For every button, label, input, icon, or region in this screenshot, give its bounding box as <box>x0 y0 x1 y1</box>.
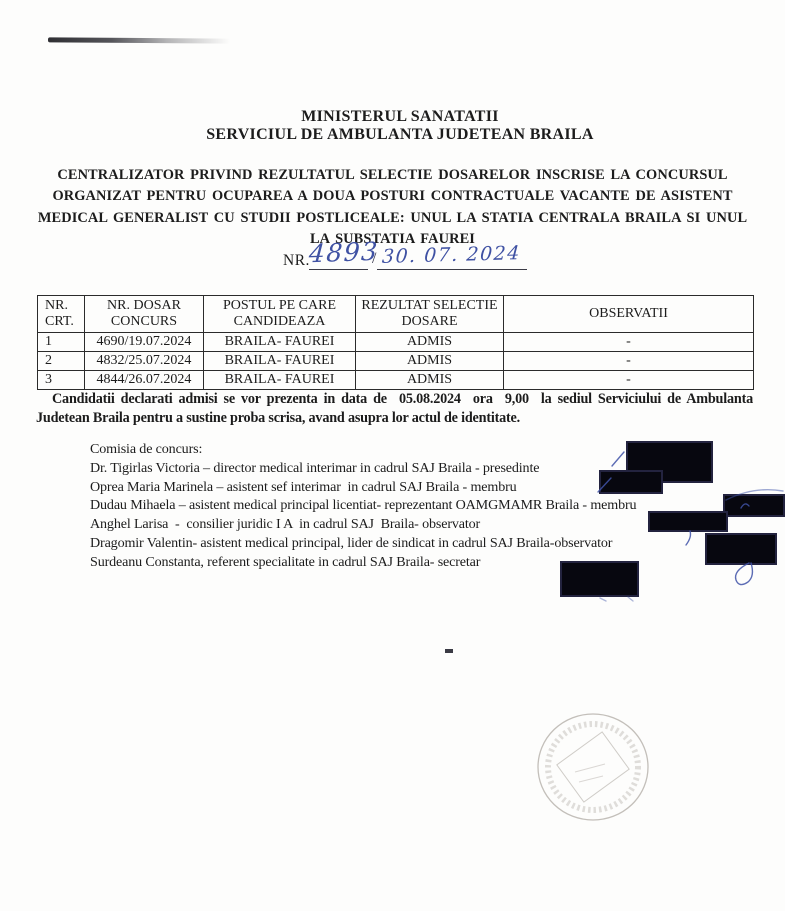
results-table: NR. CRT. NR. DOSAR CONCURS POSTUL PE CAR… <box>37 295 754 390</box>
cell-dosar: 4844/26.07.2024 <box>85 371 204 390</box>
registration-number-handwritten: 4893 <box>308 237 380 269</box>
commission-member: Dudau Mihaela – asistent medical princip… <box>90 496 636 515</box>
header-rezultat: REZULTAT SELECTIE DOSARE <box>356 296 504 333</box>
pen-tick <box>686 531 691 545</box>
commission-member: Oprea Maria Marinela – asistent sef inte… <box>90 478 636 497</box>
header-postul: POSTUL PE CARE CANDIDEAZA <box>204 296 356 333</box>
cell-post: BRAILA- FAUREI <box>204 352 356 371</box>
cell-rezultat: ADMIS <box>356 352 504 371</box>
cell-observatii: - <box>504 371 754 390</box>
cell-observatii: - <box>504 352 754 371</box>
commission-member: Anghel Larisa - consilier juridic I A in… <box>90 515 636 534</box>
notice-paragraph: Candidatii declarati admisi se vor preze… <box>36 390 753 428</box>
pen-tick <box>598 478 611 492</box>
pen-squiggle <box>741 504 749 508</box>
registration-label: NR. <box>283 252 310 270</box>
table-header-row: NR. CRT. NR. DOSAR CONCURS POSTUL PE CAR… <box>38 296 754 333</box>
commission-member: Dr. Tigirlas Victoria – director medical… <box>90 459 636 478</box>
header-nr-crt: NR. CRT. <box>38 296 85 333</box>
registration-date-handwritten: 30. 07. 2024 <box>381 242 521 268</box>
pen-marks <box>585 440 785 605</box>
cell-rezultat: ADMIS <box>356 371 504 390</box>
table-row: 1 4690/19.07.2024 BRAILA- FAUREI ADMIS - <box>38 333 754 352</box>
cell-crt: 2 <box>38 352 85 371</box>
cell-post: BRAILA- FAUREI <box>204 371 356 390</box>
cell-dosar: 4832/25.07.2024 <box>85 352 204 371</box>
cell-dosar: 4690/19.07.2024 <box>85 333 204 352</box>
scan-smudge <box>48 37 230 43</box>
cell-post: BRAILA- FAUREI <box>204 333 356 352</box>
ministry-title: MINISTERUL SANATATII <box>15 108 785 125</box>
commission-member: Dragomir Valentin- asistent medical prin… <box>90 534 636 553</box>
round-stamp <box>533 710 653 826</box>
document-title: CENTRALIZATOR PRIVIND REZULTATUL SELECTI… <box>30 165 755 250</box>
cell-rezultat: ADMIS <box>356 333 504 352</box>
cell-observatii: - <box>504 333 754 352</box>
page-dash-mark <box>445 649 453 653</box>
scanned-document-page: MINISTERUL SANATATII SERVICIUL DE AMBULA… <box>0 0 785 911</box>
pen-arc <box>726 490 783 500</box>
header-observatii: OBSERVATII <box>504 296 754 333</box>
commission-heading: Comisia de concurs: <box>90 440 636 459</box>
table-row: 2 4832/25.07.2024 BRAILA- FAUREI ADMIS - <box>38 352 754 371</box>
service-title: SERVICIUL DE AMBULANTA JUDETEAN BRAILA <box>15 126 785 143</box>
underline <box>377 269 527 270</box>
pen-tick <box>612 452 624 466</box>
registration-separator: / <box>372 250 376 268</box>
pen-dots <box>600 597 633 601</box>
registration-line: NR. 4893 / 30. 07. 2024 <box>283 244 563 278</box>
cell-crt: 1 <box>38 333 85 352</box>
pen-loop <box>736 563 753 585</box>
header-nr-dosar: NR. DOSAR CONCURS <box>85 296 204 333</box>
underline <box>309 269 368 270</box>
cell-crt: 3 <box>38 371 85 390</box>
commission-member: Surdeanu Constanta, referent specialitat… <box>90 553 636 572</box>
commission-section: Comisia de concurs: Dr. Tigirlas Victori… <box>90 440 636 572</box>
table-row: 3 4844/26.07.2024 BRAILA- FAUREI ADMIS - <box>38 371 754 390</box>
